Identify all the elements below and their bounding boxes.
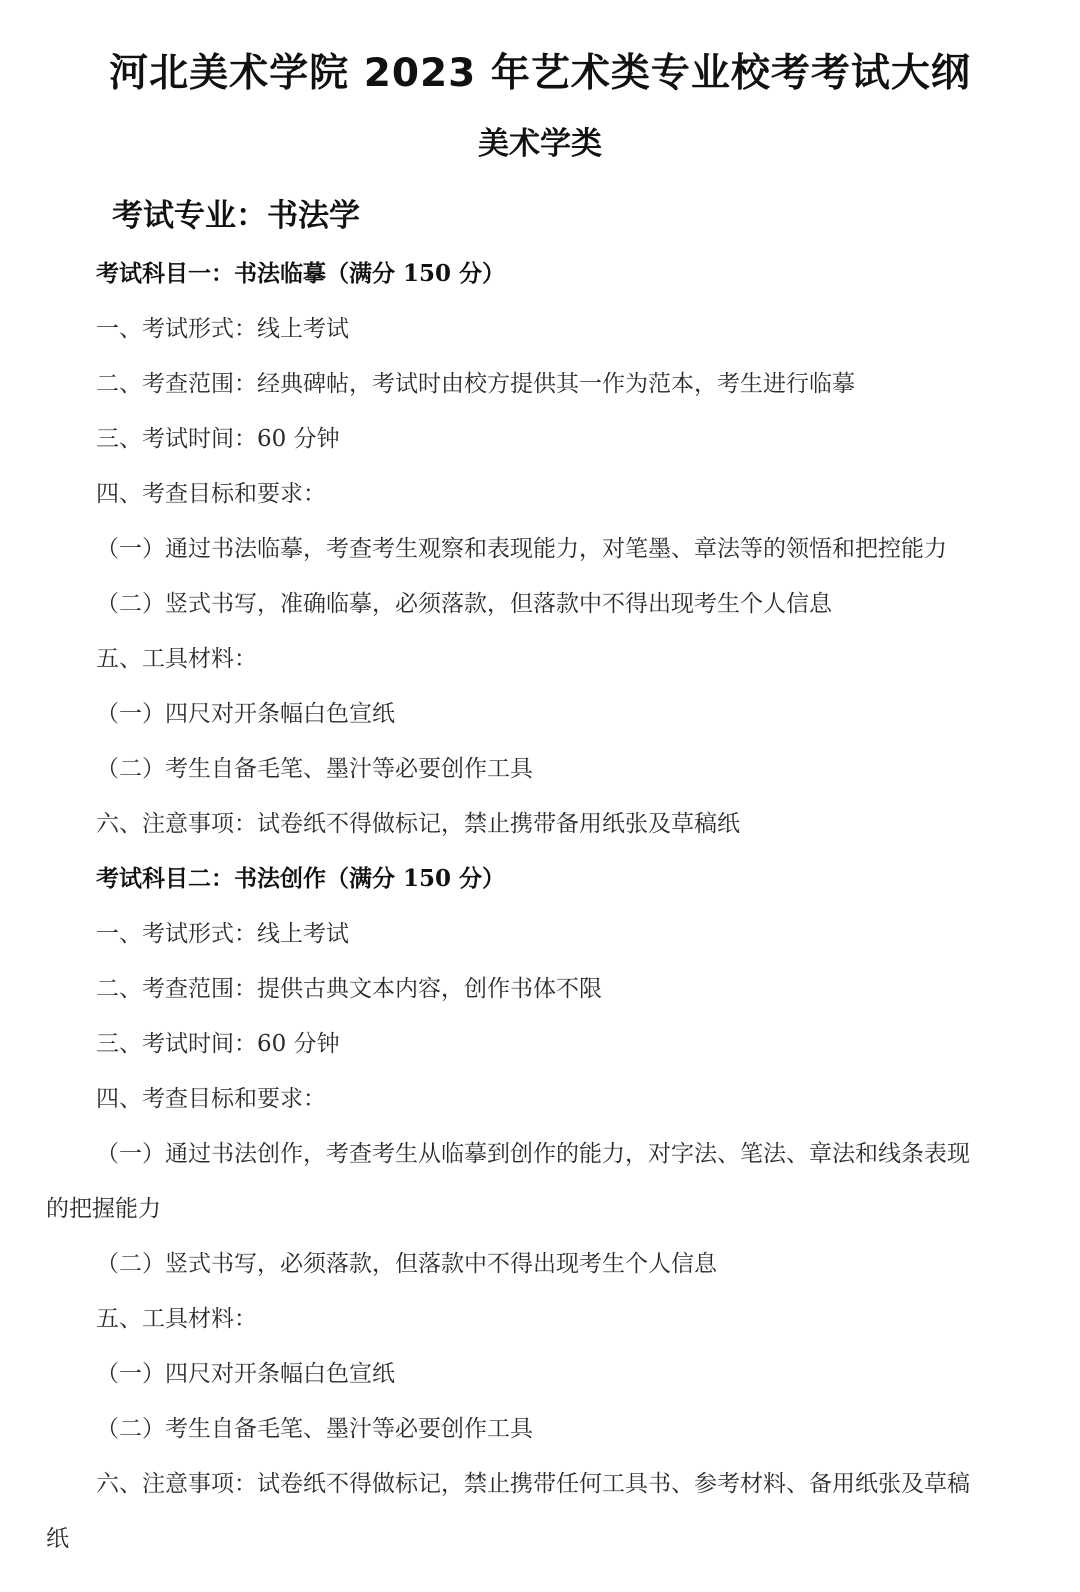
subject-one-item: （一）通过书法临摹，考查考生观察和表现能力，对笔墨、章法等的领悟和把控能力: [96, 534, 947, 564]
subject-two-item: 六、注意事项：试卷纸不得做标记，禁止携带任何工具书、参考材料、备用纸张及草稿: [96, 1469, 970, 1499]
subject-two-heading: 考试科目二：书法创作（满分 150 分）: [96, 864, 505, 894]
subject-two-item: 五、工具材料：: [96, 1304, 257, 1334]
subject-one-item: 四、考查目标和要求：: [96, 479, 326, 509]
subject-one-item: （一）四尺对开条幅白色宣纸: [96, 699, 395, 729]
subject-one-item: 三、考试时间：60 分钟: [96, 424, 340, 454]
subject-one-item: 一、考试形式：线上考试: [96, 314, 349, 344]
subject-two-item-continuation: 的把握能力: [46, 1194, 161, 1224]
subject-two-item: （二）考生自备毛笔、墨汁等必要创作工具: [96, 1414, 533, 1444]
subject-two-item: 二、考查范围：提供古典文本内容，创作书体不限: [96, 974, 602, 1004]
subject-one-item: 六、注意事项：试卷纸不得做标记，禁止携带备用纸张及草稿纸: [96, 809, 740, 839]
subject-one-item: 二、考查范围：经典碑帖，考试时由校方提供其一作为范本，考生进行临摹: [96, 369, 855, 399]
subject-one-heading: 考试科目一：书法临摹（满分 150 分）: [96, 259, 505, 289]
subject-one-item: （二）竖式书写，准确临摹，必须落款，但落款中不得出现考生个人信息: [96, 589, 832, 619]
subject-two-item: （一）通过书法创作，考查考生从临摹到创作的能力，对字法、笔法、章法和线条表现: [96, 1139, 970, 1169]
subject-two-item-continuation: 纸: [46, 1524, 69, 1554]
subject-two-item: （一）四尺对开条幅白色宣纸: [96, 1359, 395, 1389]
exam-outline-document: 河北美术学院 2023 年艺术类专业校考考试大纲 美术学类 考试专业：书法学 考…: [0, 0, 1080, 1592]
subject-two-item: （二）竖式书写，必须落款，但落款中不得出现考生个人信息: [96, 1249, 717, 1279]
document-subtitle: 美术学类: [0, 118, 1080, 163]
subject-one-item: （二）考生自备毛笔、墨汁等必要创作工具: [96, 754, 533, 784]
subject-one-item: 五、工具材料：: [96, 644, 257, 674]
exam-major-heading: 考试专业：书法学: [112, 190, 360, 235]
document-title: 河北美术学院 2023 年艺术类专业校考考试大纲: [0, 42, 1080, 98]
subject-two-item: 四、考查目标和要求：: [96, 1084, 326, 1114]
subject-two-item: 一、考试形式：线上考试: [96, 919, 349, 949]
subject-two-item: 三、考试时间：60 分钟: [96, 1029, 340, 1059]
